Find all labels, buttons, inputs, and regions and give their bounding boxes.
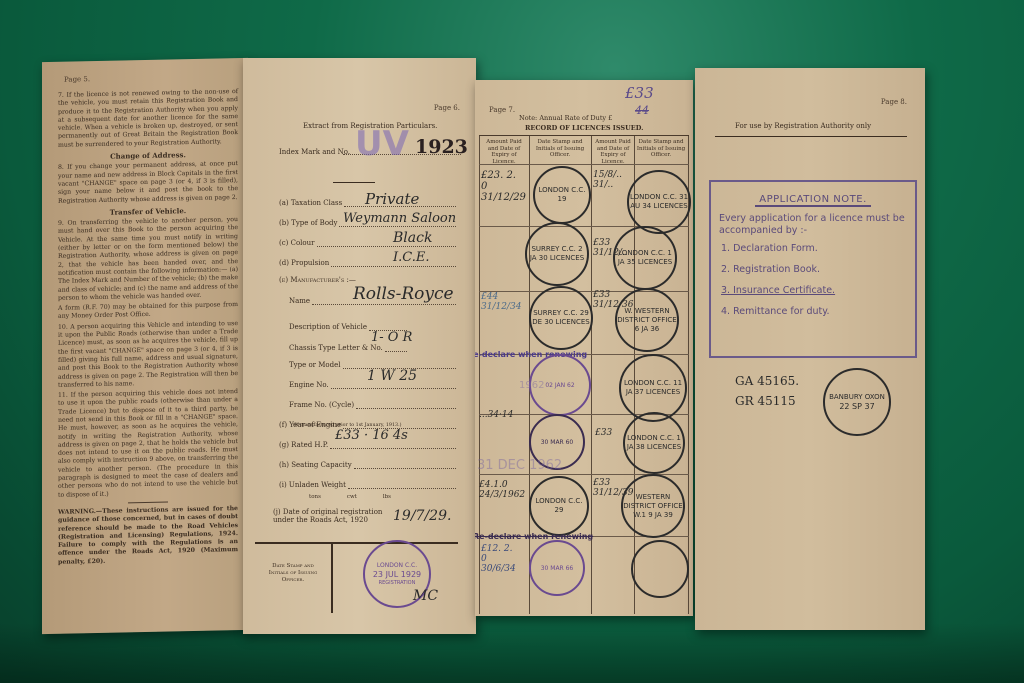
index-number: 1923 (415, 136, 468, 158)
row1-stamp-1: LONDON C.C. 19 (533, 166, 591, 224)
app-note-item-1: 1. Declaration Form. (721, 243, 915, 254)
application-note-title: APPLICATION NOTE. (755, 194, 871, 207)
field-frame-no: Frame No. (Cycle) (289, 400, 458, 409)
page-5-instructions: Page 5. 7. If the licence is not renewed… (42, 58, 248, 634)
handwritten-ref-2: GR 45115 (735, 394, 796, 408)
header-stamp-1: Date Stamp and Initials of Issuing Offic… (531, 139, 589, 159)
row1-stamp-2: LONDON C.C. 31 AU 34 LICENCES (627, 170, 691, 234)
value-chassis: 1- O R (371, 330, 412, 345)
handwritten-ref-1: GA 45165. (735, 374, 799, 388)
value-propulsion: I.C.E. (393, 250, 430, 265)
page-8-authority: Page 8. For use by Registration Authorit… (695, 68, 925, 630)
page-number: Page 6. (434, 104, 460, 112)
banbury-stamp: BANBURY OXON 22 SP 37 (823, 368, 891, 436)
field-unladen-weight: (i) Unladen Weight (279, 480, 458, 489)
row3-amount-1: £44 31/12/34 (481, 292, 521, 312)
page-7-licence-record: Page 7. Note: Annual Rate of Duty £ 44 £… (475, 80, 693, 616)
header-amount-1: Amount Paid and Date of Expiry of Licenc… (481, 139, 527, 165)
para-8: 8. If you change your permanent address,… (58, 160, 238, 205)
application-note-box: APPLICATION NOTE. Every application for … (709, 180, 917, 358)
duty-new: £33 (625, 84, 654, 102)
value-original-registration: 19/7/29. (393, 508, 451, 524)
index-letters-stamp: UV (355, 124, 409, 164)
row3-stamp-1: SURREY C.C. 29 DE 30 LICENCES (529, 286, 593, 350)
page-number: Page 8. (881, 98, 907, 106)
row6-amount-1: £4.1.0 24/3/1962 (479, 480, 523, 500)
row3-stamp-2: W. WESTERN DISTRICT OFFICE 6 JA 36 (615, 288, 679, 352)
row7-stamp-1: 30 MAR 66 (529, 540, 585, 596)
application-note-intro: Every application for a licence must be … (719, 213, 907, 237)
faint-year: 1962 (519, 380, 544, 391)
row7-amount-1: £12. 2. 0 30/6/34 (481, 544, 521, 574)
authority-header: For use by Registration Authority only (735, 122, 871, 130)
field-propulsion: (d) Propulsion (279, 258, 458, 267)
weight-units: tonscwtlbs (283, 494, 391, 500)
para-9: 9. On transferring the vehicle to anothe… (58, 216, 238, 303)
duty-struck: 44 (635, 104, 649, 117)
index-mark-label: Index Mark and No. (279, 148, 350, 156)
value-colour: Black (393, 230, 432, 246)
row5-amount-2: £33 (595, 428, 612, 438)
redeclare-note-2: Re-declare when renewing (475, 532, 593, 541)
row2-stamp-2: LONDON C.C. 1 JA 35 LICENCES (613, 226, 677, 290)
row6-stamp-2: WESTERN DISTRICT OFFICE W.1 9 JA 39 (621, 474, 685, 538)
row5-amount-1: ...34·14 (479, 410, 513, 420)
value-taxation-class: Private (365, 190, 419, 208)
value-rated-hp: £33 · 16 4s (335, 428, 408, 443)
record-title: RECORD OF LICENCES ISSUED. (525, 124, 643, 132)
manufacturers-heading: (e) Manufacturer's :— (279, 276, 356, 284)
para-11: 11. If the person acquiring this vehicle… (58, 388, 238, 500)
row1-amount-1: £23. 2. 0 31/12/29 (481, 170, 525, 203)
para-7: 7. If the licence is not renewed owing t… (58, 88, 238, 150)
row5-stamp-2: LONDON C.C. 1 JA 38 LICENCES (623, 412, 685, 474)
app-note-item-4: 4. Remittance for duty. (721, 306, 915, 317)
officer-initials: MC (413, 588, 438, 604)
value-engine-no: 1 W 25 (367, 368, 417, 384)
duty-note: Note: Annual Rate of Duty £ (519, 114, 612, 122)
row7-stamp-2-empty (631, 540, 689, 598)
stamp-label: Date Stamp and Initials of Issuing Offic… (263, 563, 323, 584)
warning-text: WARNING.—These instructions are issued f… (58, 505, 238, 567)
value-type-of-body: Weymann Saloon (343, 211, 456, 226)
header-stamp-2: Date Stamp and Initials of Issuing Offic… (636, 139, 686, 159)
row6-stamp-1: LONDON C.C. 29 (529, 476, 589, 536)
field-seating-capacity: (h) Seating Capacity (279, 460, 458, 469)
field-original-registration: (j) Date of original registration under … (273, 508, 393, 524)
page-number: Page 5. (64, 75, 90, 84)
row2-stamp-1: SURREY C.C. 2 JA 30 LICENCES (525, 222, 589, 286)
table-shadow (0, 623, 1024, 683)
app-note-item-3: 3. Insurance Certificate. (721, 285, 915, 296)
value-manufacturer-name: Rolls-Royce (353, 284, 454, 304)
app-note-item-2: 2. Registration Book. (721, 264, 915, 275)
para-10: 10. A person acquiring this Vehicle and … (58, 320, 238, 390)
page-6-registration-particulars: Page 6. Extract from Registration Partic… (243, 58, 476, 634)
header-amount-2: Amount Paid and Date of Expiry of Licenc… (593, 139, 633, 165)
row1-amount-2: 15/8/.. 31/.. (593, 170, 627, 190)
faint-date: 31 DEC 1962 (477, 458, 562, 473)
page-number: Page 7. (489, 106, 515, 114)
para-9-form: A form (R.F. 70) may be obtained for thi… (58, 301, 238, 321)
